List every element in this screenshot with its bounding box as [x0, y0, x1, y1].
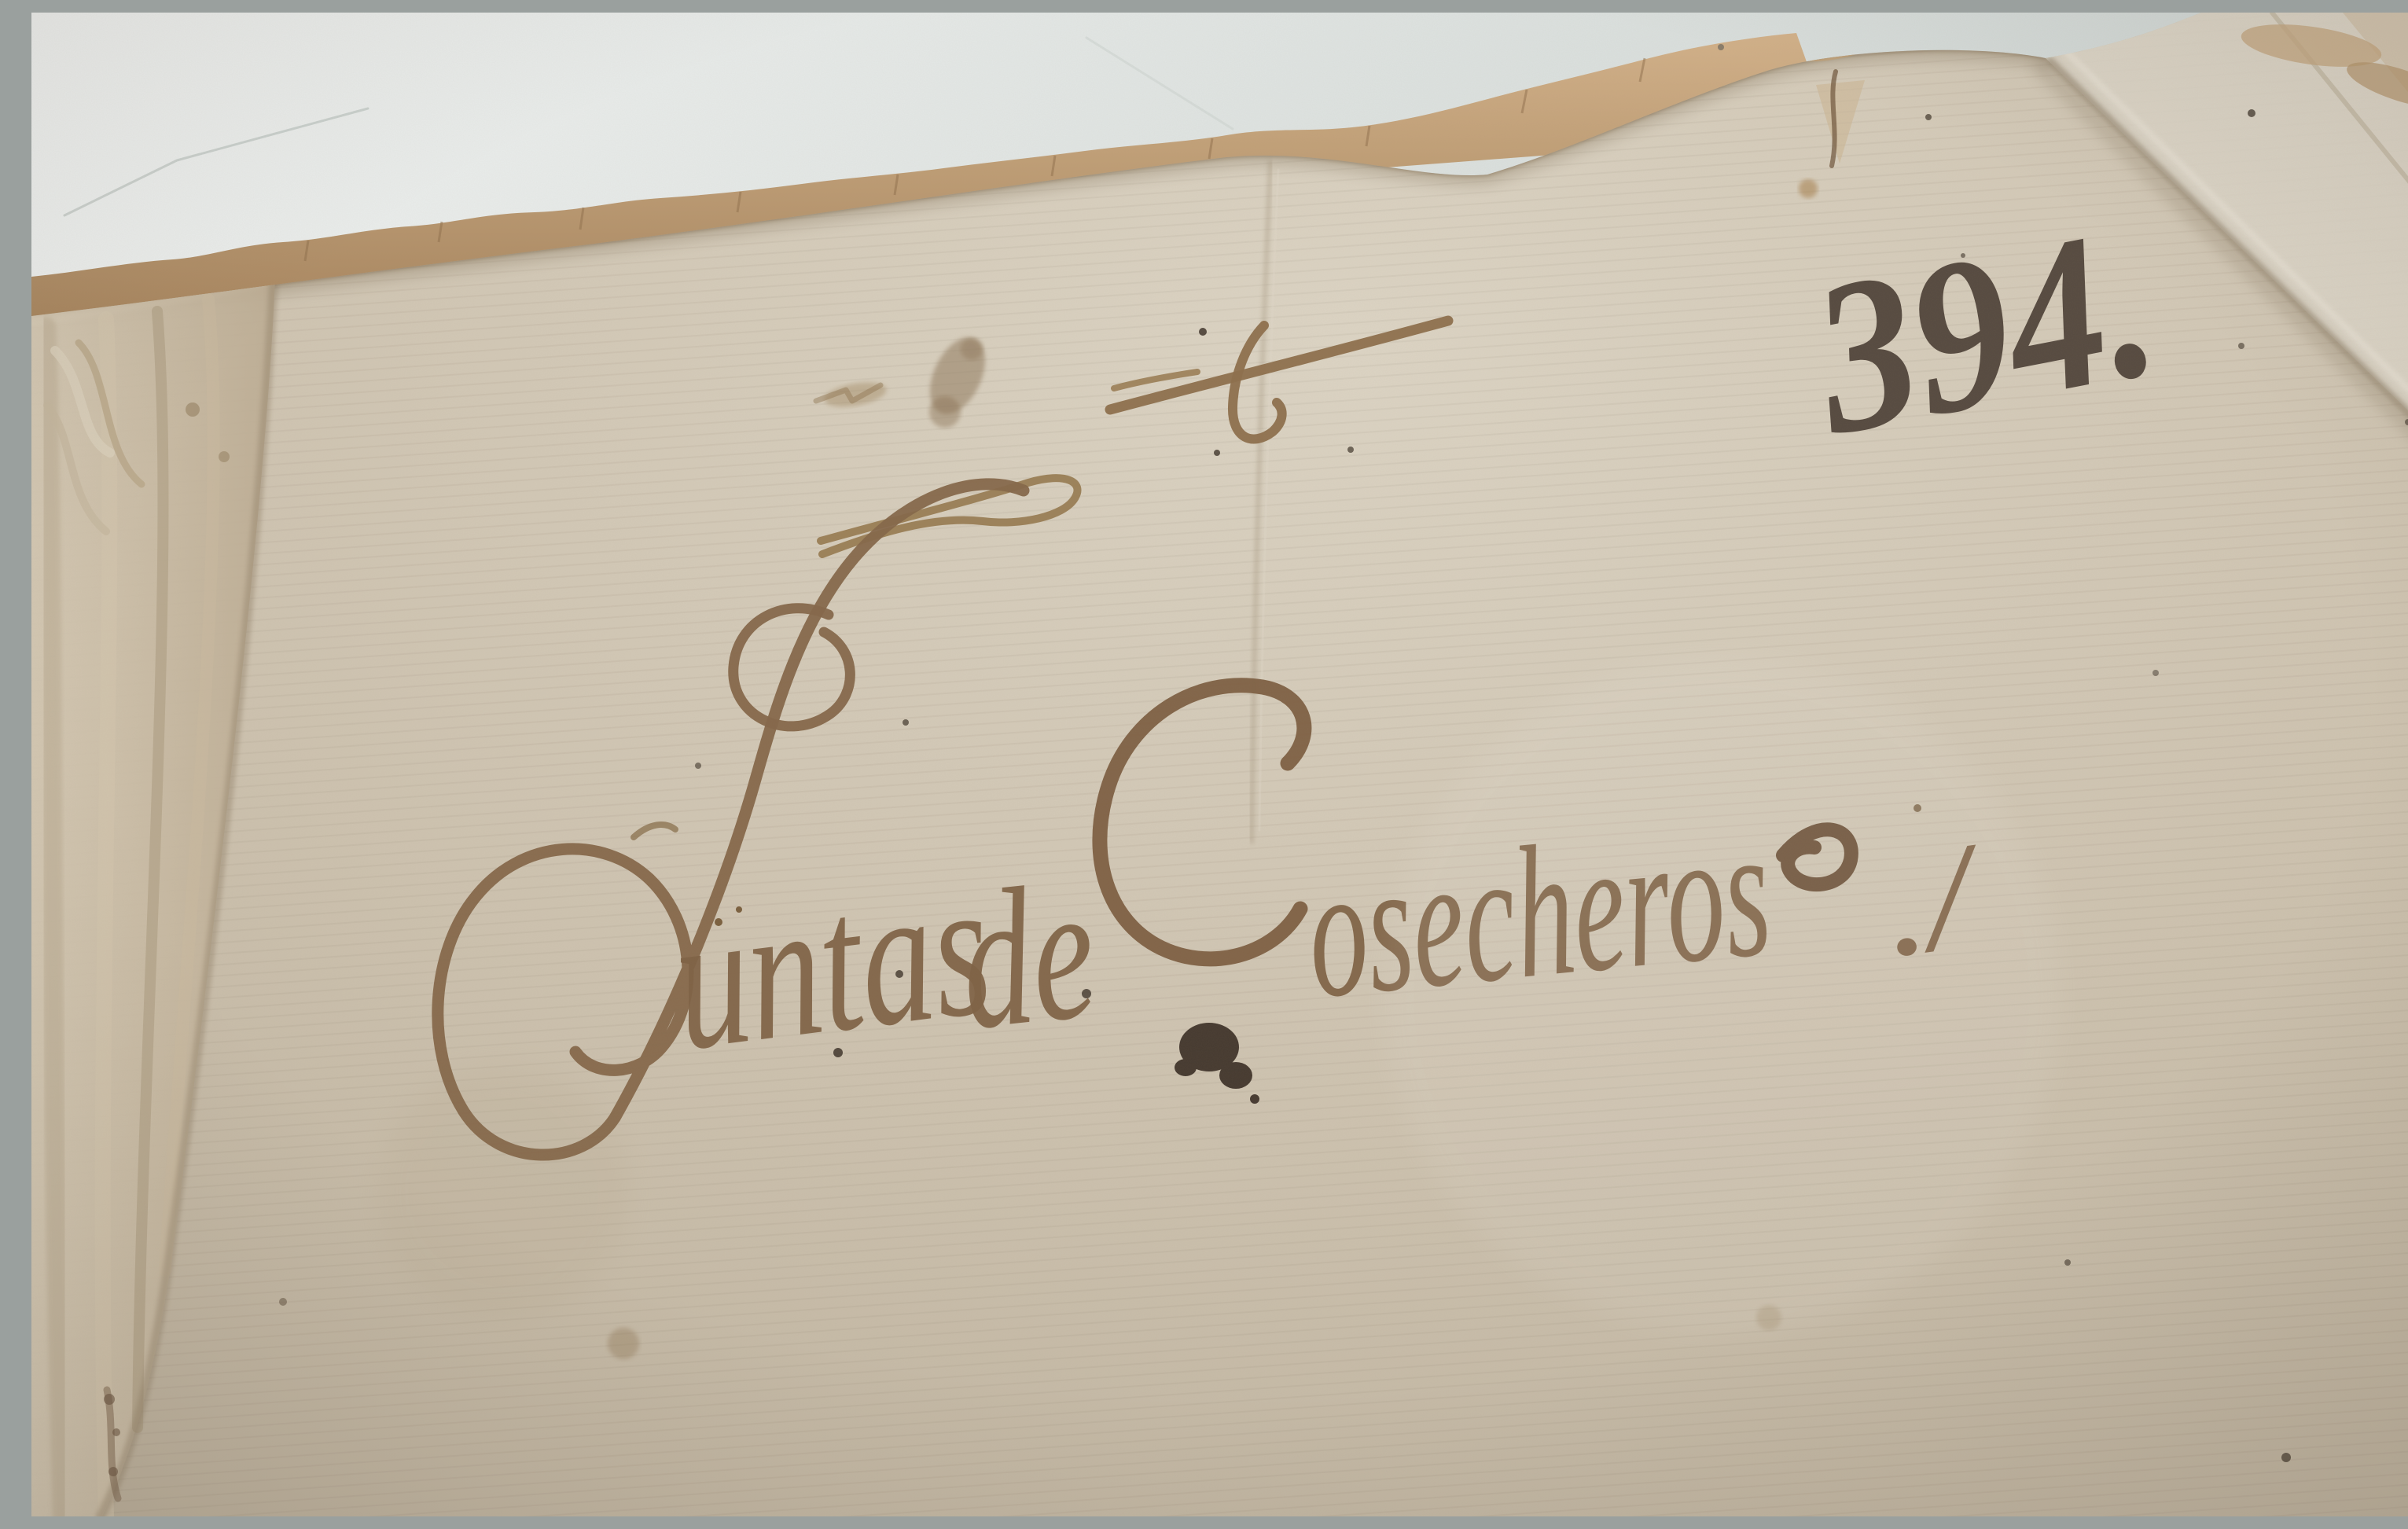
vignette	[31, 13, 2408, 1516]
manuscript-photo: 394. untas de osecheros ./	[31, 13, 2408, 1516]
